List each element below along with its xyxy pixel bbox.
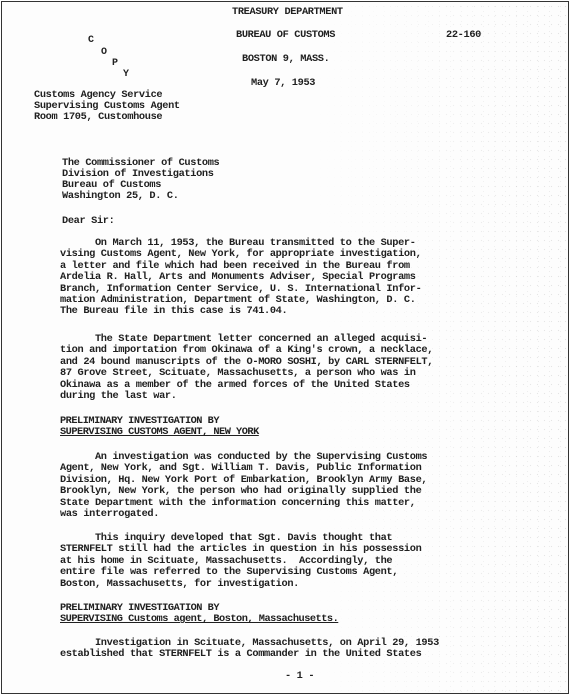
- paragraph: On March 11, 1953, the Bureau transmitte…: [60, 238, 530, 318]
- text-line: Ardelia R. Hall, Arts and Monuments Advi…: [60, 272, 530, 283]
- page-number: - 1 -: [285, 671, 314, 682]
- text-line: The Bureau file in this case is 741.04.: [60, 306, 530, 317]
- text-line: 87 Grove Street, Scituate, Massachusetts…: [60, 368, 530, 379]
- section-heading-new-york: PRELIMINARY INVESTIGATION BY SUPERVISING…: [60, 416, 530, 439]
- copy-stamp-letter: C: [88, 35, 94, 46]
- text-line: was interrogated.: [60, 509, 530, 520]
- copy-stamp-letter: O: [101, 47, 107, 58]
- addressee-line: Washington 25, D. C.: [62, 191, 179, 202]
- section-heading-boston: PRELIMINARY INVESTIGATION BY SUPERVISING…: [60, 603, 530, 626]
- heading-line: SUPERVISING CUSTOMS AGENT, NEW YORK: [60, 427, 530, 438]
- letterhead-location: BOSTON 9, MASS.: [242, 54, 329, 65]
- letterhead-department: TREASURY DEPARTMENT: [232, 7, 343, 18]
- sender-line: Room 1705, Customhouse: [34, 112, 162, 123]
- text-line: Boston, Massachusetts, for investigation…: [60, 579, 530, 590]
- text-line: during the last war.: [60, 391, 530, 402]
- text-line: Brooklyn, New York, the person who had o…: [60, 486, 530, 497]
- letter-date: May 7, 1953: [251, 78, 315, 89]
- copy-stamp-letter: Y: [123, 69, 129, 80]
- file-number: 22-160: [446, 30, 481, 41]
- paragraph: The State Department letter concerned an…: [60, 334, 530, 402]
- copy-stamp-letter: P: [112, 58, 118, 69]
- heading-line: SUPERVISING Customs agent, Boston, Massa…: [60, 614, 530, 625]
- text-line: established that STERNFELT is a Commande…: [60, 649, 530, 660]
- text-line: entire file was referred to the Supervis…: [60, 567, 530, 578]
- paragraph: This inquiry developed that Sgt. Davis t…: [60, 533, 530, 590]
- salutation: Dear Sir:: [62, 216, 114, 227]
- paragraph: Investigation in Scituate, Massachusetts…: [60, 638, 530, 661]
- document-page: C O P Y TREASURY DEPARTMENT BUREAU OF CU…: [1, 1, 569, 694]
- paragraph: An investigation was conducted by the Su…: [60, 452, 530, 520]
- letterhead-bureau: BUREAU OF CUSTOMS: [236, 30, 335, 41]
